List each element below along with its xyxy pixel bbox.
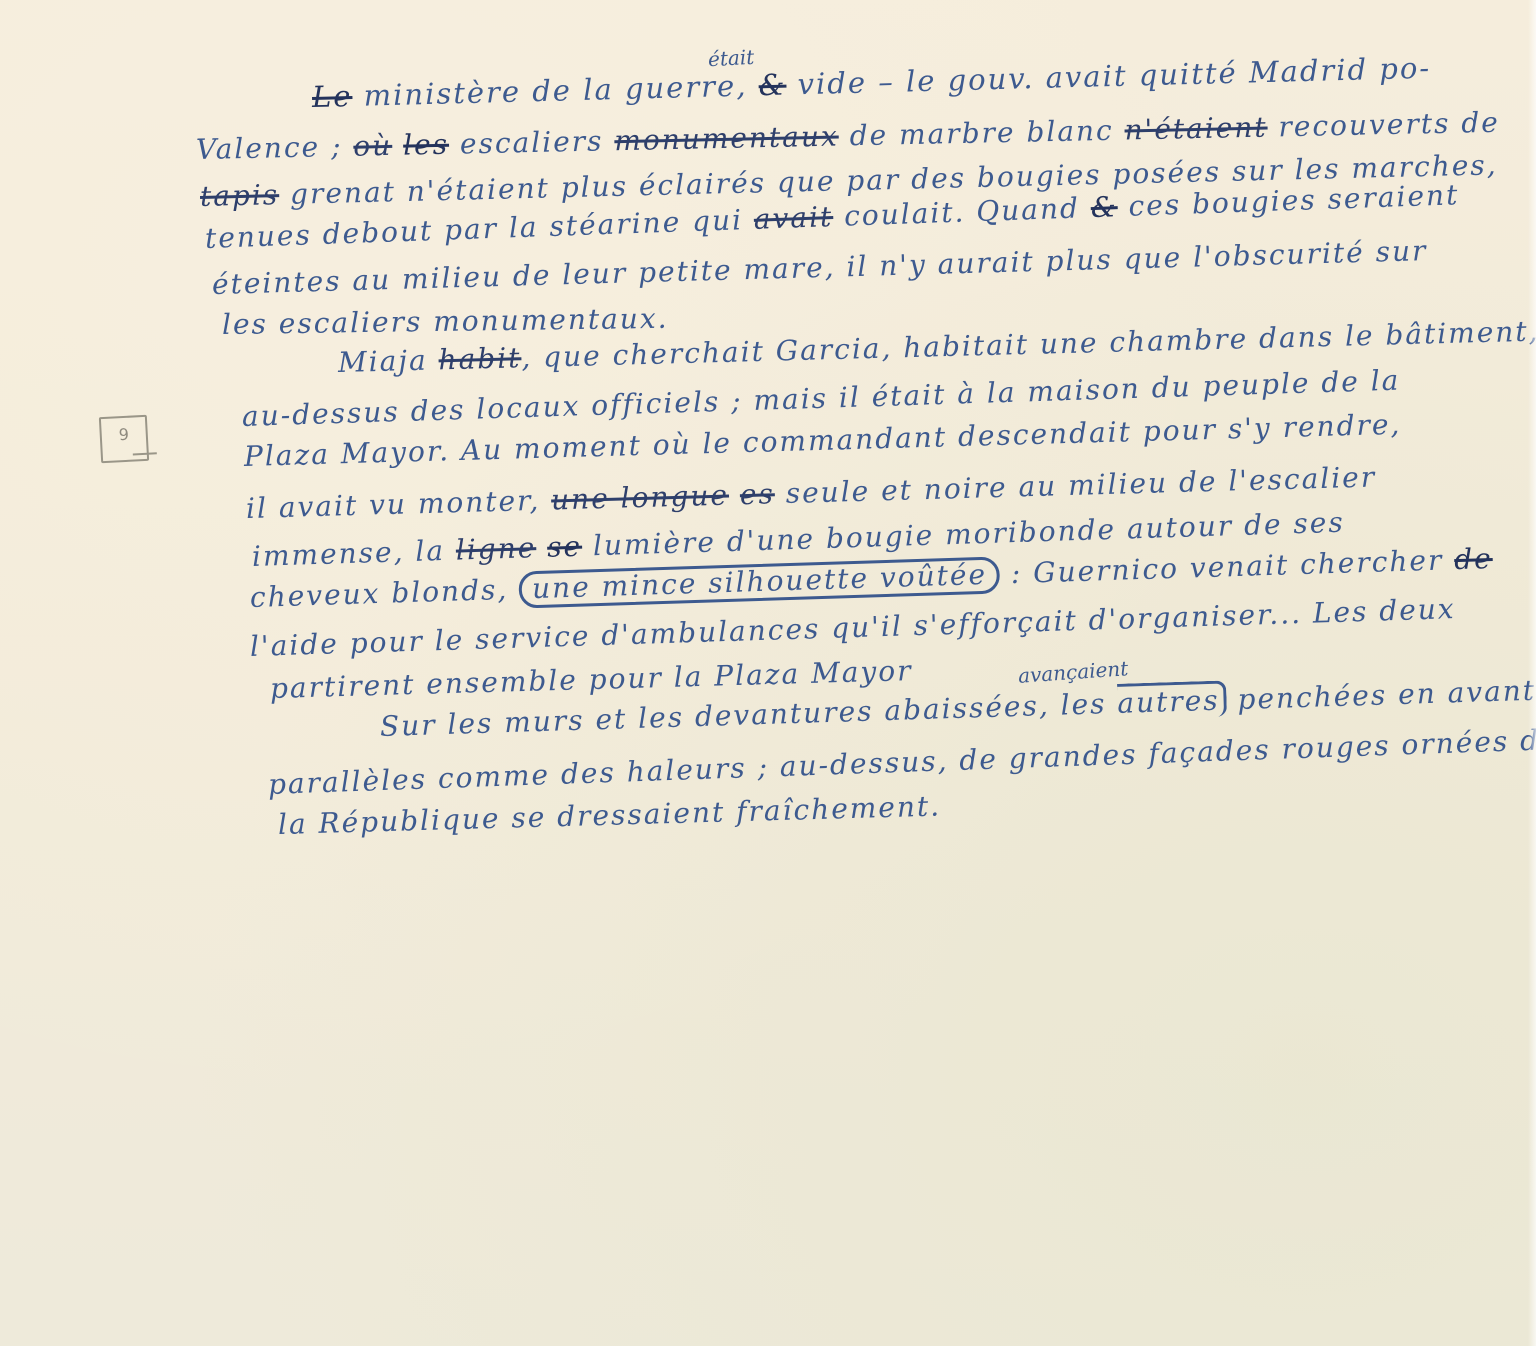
text-segment: ministère de la guerre, — [352, 68, 759, 113]
manuscript-line: Le ministère de la guerre, & vide – le g… — [312, 51, 1432, 114]
manuscript-line: la République se dressaient fraîchement. — [278, 789, 942, 841]
circled-insertion: une mince silhouette voûtée — [519, 556, 1001, 608]
text-segment: Valence ; — [196, 130, 354, 166]
text-segment: seule et noire au milieu de l'escalier — [774, 460, 1376, 510]
text-segment: coulait. Quand — [833, 191, 1092, 233]
struck-word: n'étaient — [1124, 111, 1268, 147]
text-segment: de marbre blanc — [838, 114, 1125, 153]
text-segment: penchées en avant, — [1226, 673, 1536, 716]
struck-word: avait — [753, 200, 834, 236]
insertion-avancaient: avançaient — [1017, 656, 1129, 688]
struck-word: les — [403, 128, 450, 162]
text-segment: les escaliers monumentaux. — [222, 302, 669, 341]
struck-word: habit — [438, 341, 522, 376]
text-segment: recouverts de — [1267, 106, 1500, 144]
struck-word: une longue — [551, 479, 730, 517]
text-segment: la République se dressaient fraîchement. — [278, 789, 942, 841]
struck-word: es — [739, 477, 775, 511]
struck-word: où — [353, 129, 393, 163]
struck-word: & — [758, 68, 787, 103]
insertion-etait: était — [707, 45, 754, 71]
struck-word: tapis — [200, 178, 280, 213]
text-segment: vide – le gouv. avait quitté Madrid po- — [786, 51, 1432, 102]
text-segment: : Guernico venait chercher — [999, 543, 1454, 590]
manuscript-page: 9 était avançaient Le ministère de la gu… — [0, 0, 1536, 1346]
struck-word: Le — [312, 79, 353, 114]
text-segment: il avait vu monter, — [246, 483, 552, 525]
text-segment: Miaja — [338, 343, 439, 379]
page-number-box: 9 — [99, 415, 149, 463]
struck-word: monumentaux — [614, 120, 839, 158]
struck-word: se — [547, 530, 583, 564]
bracketed-word: autres — [1117, 680, 1227, 719]
struck-word: de — [1454, 542, 1494, 576]
page-number: 9 — [118, 425, 129, 445]
manuscript-line: les escaliers monumentaux. — [222, 302, 669, 341]
struck-word: & — [1090, 190, 1118, 224]
struck-word: ligne — [455, 531, 536, 567]
text-segment: escaliers — [449, 124, 615, 160]
text-segment: immense, la — [251, 534, 456, 573]
text-segment: cheveux blonds, — [249, 573, 519, 614]
